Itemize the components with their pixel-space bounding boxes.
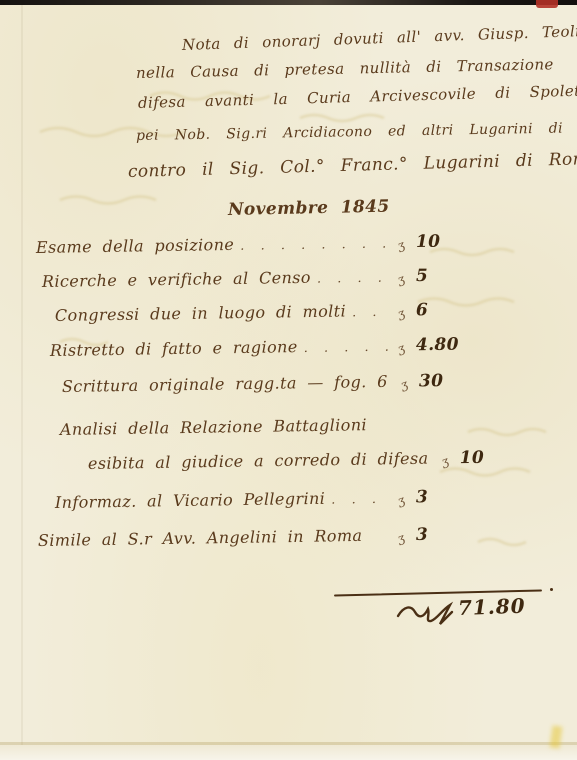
- item-description: Congressi due in luogo di molti: [55, 301, 346, 325]
- fee-item-row: Scrittura originale ragg.ta — fog. 6 . .…: [62, 371, 468, 403]
- item-amount: 6: [416, 300, 468, 321]
- fee-item-row: Ristretto di fatto e ragione . . . . . .…: [50, 334, 468, 367]
- scudi-mark: ʒ: [395, 306, 406, 322]
- scudi-mark: ʒ: [395, 271, 406, 287]
- scan-top-edge: [0, 0, 577, 5]
- item-amount: 10: [460, 447, 512, 468]
- item-description: Ristretto di fatto e ragione: [50, 337, 298, 360]
- item-description: Scrittura originale ragg.ta — fog. 6: [62, 372, 388, 396]
- scudi-mark: ʒ: [395, 493, 406, 509]
- heading-line-1: Nota di onorarj dovuti all' avv. Giusp. …: [182, 22, 577, 54]
- item-description: esibita al giudice a corredo di difesa: [88, 449, 429, 473]
- item-amount: 5: [416, 265, 468, 286]
- sum-flourish-squiggle-icon: [396, 600, 454, 630]
- dot-leader: . . . . . . . . . . . . . .: [240, 236, 391, 253]
- fee-item-row: Simile al S.r Avv. Angelini in Roma ʒ 3: [38, 524, 468, 557]
- rule-end-dot: [550, 588, 553, 591]
- dot-leader: . . . . . .: [352, 305, 391, 321]
- item-amount: 10: [416, 231, 468, 252]
- item-amount: [416, 429, 468, 430]
- manuscript-page: Nota di onorarj dovuti all' avv. Giusp. …: [0, 0, 577, 760]
- dot-leader: . . . .: [331, 492, 391, 508]
- document-date: Novembre 1845: [228, 197, 390, 220]
- scudi-mark: ʒ: [395, 237, 406, 253]
- scudi-mark: ʒ: [395, 530, 406, 546]
- item-amount: 3: [416, 487, 468, 508]
- scudi-mark: ʒ: [439, 454, 450, 470]
- item-description: Simile al S.r Avv. Angelini in Roma: [38, 526, 363, 550]
- red-corner-mark: [536, 0, 558, 8]
- fee-item-row: Congressi due in luogo di molti . . . . …: [55, 300, 468, 332]
- scan-bottom-strip: [0, 745, 577, 760]
- fee-item-row: Informaz. al Vicario Pellegrini . . . . …: [55, 487, 468, 519]
- heading-line-3: difesa avanti la Curia Arcivescovile di …: [138, 81, 577, 112]
- item-amount: 3: [416, 524, 468, 545]
- heading-line-4: pei Nob. Sig.ri Arcidiacono ed altri Lug…: [136, 119, 577, 144]
- item-description: Ricerche e verifiche al Censo: [42, 268, 311, 291]
- item-amount: 4.80: [416, 334, 468, 355]
- scudi-mark: ʒ: [395, 341, 406, 357]
- item-description: Esame della posizione: [36, 235, 235, 257]
- item-description: Analisi della Relazione Battaglioni: [60, 415, 367, 439]
- item-amount: 30: [419, 371, 471, 392]
- fee-item-row: Ricerche e verifiche al Censo . . . . . …: [42, 265, 468, 298]
- fee-item-row: Analisi della Relazione Battaglioni: [60, 414, 468, 446]
- heading-line-5: contro il Sig. Col.° Franc.° Lugarini di…: [128, 149, 577, 182]
- scudi-mark: ʒ: [398, 377, 409, 393]
- heading-line-2: nella Causa di pretesa nullità di Transa…: [136, 55, 554, 82]
- paper-fold-line: [21, 0, 23, 760]
- fee-item-row: Esame della posizione . . . . . . . . . …: [36, 231, 468, 264]
- total-amount: 71.80: [458, 594, 526, 620]
- fee-item-row: esibita al giudice a corredo di difesa ʒ…: [88, 448, 468, 480]
- item-description: Informaz. al Vicario Pellegrini: [55, 489, 326, 512]
- dot-leader: . . . . . . . .: [317, 271, 391, 287]
- dot-leader: . . . . . . .: [304, 340, 391, 356]
